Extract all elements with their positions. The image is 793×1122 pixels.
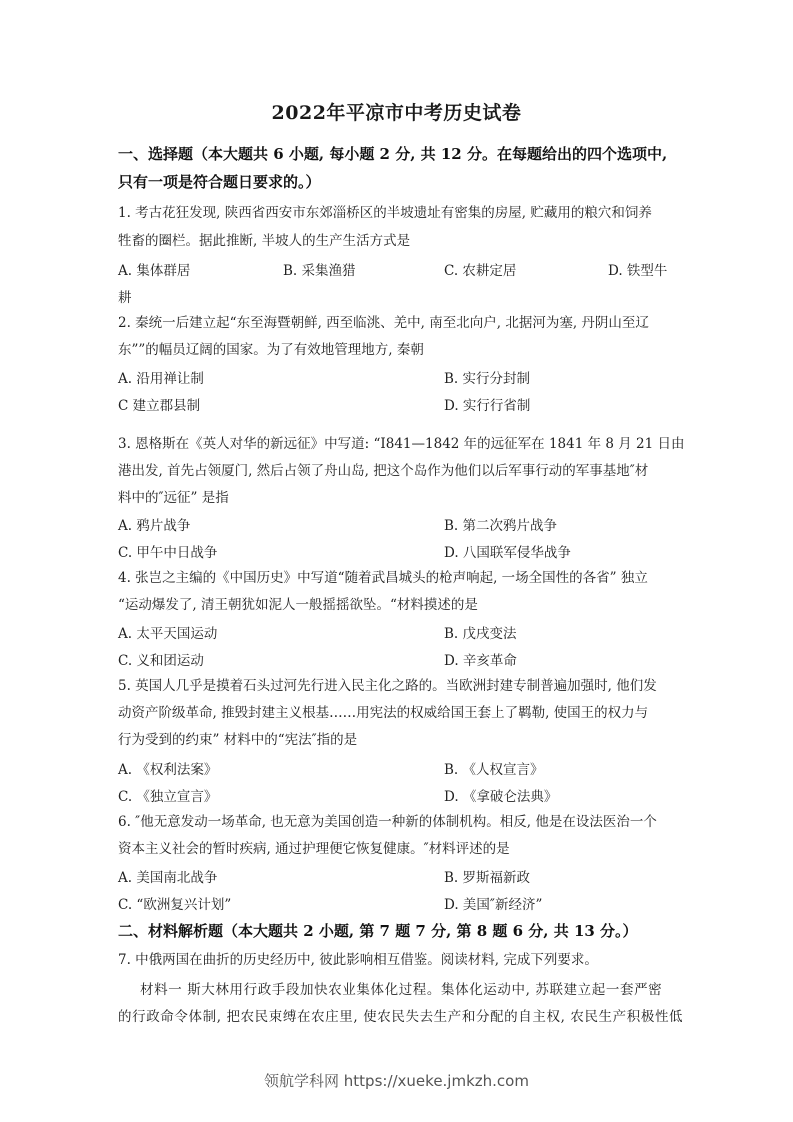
question-7-material-1: 材料一 斯大林用行政手段加快农业集体化过程。集体化运动中, 苏联建立起一套严密 bbox=[140, 978, 662, 998]
question-4-option-c: C. 义和团运动 bbox=[118, 649, 204, 669]
question-1-option-c: C. 农耕定居 bbox=[444, 259, 516, 279]
question-3-option-c: C. 甲午中日战争 bbox=[118, 541, 217, 561]
question-3-text-cont-1: 港出发, 首先占领厦门, 然后占领了舟山岛, 把这个岛作为他们以后军事行动的军事… bbox=[118, 461, 648, 481]
question-6-text-cont: 资本主义社会的暂时疾病, 通过护理便它恢复健康。″材料评述的是 bbox=[118, 839, 510, 859]
question-1-option-d-wrap: 耕 bbox=[118, 286, 132, 306]
question-5-option-d: D. 《拿破仑法典》 bbox=[444, 785, 557, 805]
question-4-option-a: A. 太平天国运动 bbox=[118, 622, 217, 642]
question-4-text: 4. 张岂之主编的《中国历史》中写道“随着武昌城头的枪声响起, 一场全国性的各省… bbox=[118, 568, 648, 588]
stray-dot: · bbox=[124, 405, 127, 414]
question-2-option-b: B. 实行分封制 bbox=[444, 367, 530, 387]
question-4-option-b: B. 戊戌变法 bbox=[444, 622, 517, 642]
question-5-text-cont-2: 行为受到的约束” 材料中的“宪法″指的是 bbox=[118, 730, 357, 750]
question-3-option-a: A. 鸦片战争 bbox=[118, 514, 190, 534]
question-1-option-d: D. 铁型牛 bbox=[608, 259, 667, 279]
question-4-option-d: D. 辛亥革命 bbox=[444, 649, 517, 669]
question-5-option-c: C. 《独立宣言》 bbox=[118, 785, 217, 805]
question-2-text: 2. 秦统一后建立起“东至海暨朝鲜, 西至临洮、羌中, 南至北向户, 北据河为塞… bbox=[118, 313, 649, 333]
question-7-material-1-cont: 的行政命令体制, 把农民束缚在农庄里, 使农民失去生产和分配的自主权, 农民生产… bbox=[118, 1005, 683, 1025]
question-6-text: 6. ″他无意发动一场革命, 也无意为美国创造一种新的体制机构。相反, 他是在设… bbox=[118, 812, 657, 832]
question-1-option-a: A. 集体群居 bbox=[118, 259, 190, 279]
question-6-option-b: B. 罗斯福新政 bbox=[444, 866, 530, 886]
question-2-option-c: C 建立郡县制 bbox=[118, 394, 200, 414]
section-heading-choice-cont: 只有一项是符合题日要求的。） bbox=[118, 171, 321, 192]
question-6-option-a: A. 美国南北战争 bbox=[118, 866, 217, 886]
question-3-option-d: D. 八国联军侵华战争 bbox=[444, 541, 571, 561]
question-2-option-a: A. 沿用禅让制 bbox=[118, 367, 204, 387]
question-1-text-cont: 牲畜的圈栏。据此推断, 半坡人的生产生活方式是 bbox=[118, 231, 410, 251]
question-5-option-a: A. 《权利法案》 bbox=[118, 758, 217, 778]
question-3-option-b: B. 第二次鸦片战争 bbox=[444, 514, 557, 534]
question-4-text-cont: “运动爆发了, 清王朝犹如泥人一般摇摇欲坠。“材料摸述的是 bbox=[118, 595, 478, 615]
question-3-text: 3. 恩格斯在《英人对华的新远征》中写道: “I841—1842 年的远征军在 … bbox=[118, 434, 685, 454]
question-1-text: 1. 考古花狂发现, 陕西省西安市东郊淄桥区的半坡遗址有密集的房屋, 贮藏用的粮… bbox=[118, 203, 652, 223]
question-7-text: 7. 中俄两国在曲折的历史经历中, 彼此影响相互借鉴。阅读材料, 完成下列要求。 bbox=[118, 950, 598, 970]
section-heading-choice: 一、选择题（本大题共 6 小题, 每小题 2 分, 共 12 分。在每题给出的四… bbox=[118, 143, 667, 164]
question-5-option-b: B. 《人权宣言》 bbox=[444, 758, 544, 778]
question-2-option-d: D. 实行行省制 bbox=[444, 394, 530, 414]
question-5-text: 5. 英国人几乎是摸着石头过河先行进入民主化之路的。当欧洲封建专制普遍加强时, … bbox=[118, 676, 657, 696]
question-5-text-cont-1: 动资产阶级革命, 推毁封建主义根基……用宪法的权威给国王套上了羁勒, 使国王的权… bbox=[118, 703, 648, 723]
section-heading-material: 二、材料解析题（本大题共 2 小题, 第 7 题 7 分, 第 8 题 6 分,… bbox=[118, 920, 638, 941]
question-2-text-cont: 东””的幅员辽阔的国家。为了有效地管理地方, 秦朝 bbox=[118, 340, 424, 360]
footer-watermark: 领航学科网 https://xueke.jmkzh.com bbox=[0, 1070, 793, 1091]
page-title: 2022年平凉市中考历史试卷 bbox=[0, 98, 793, 125]
question-3-text-cont-2: 料中的″远征” 是指 bbox=[118, 488, 229, 508]
question-6-option-d: D. 美国″新经济” bbox=[444, 893, 542, 913]
question-6-option-c: C. “欧洲复兴计划” bbox=[118, 893, 231, 913]
question-1-option-b: B. 采集渔猎 bbox=[283, 259, 356, 279]
